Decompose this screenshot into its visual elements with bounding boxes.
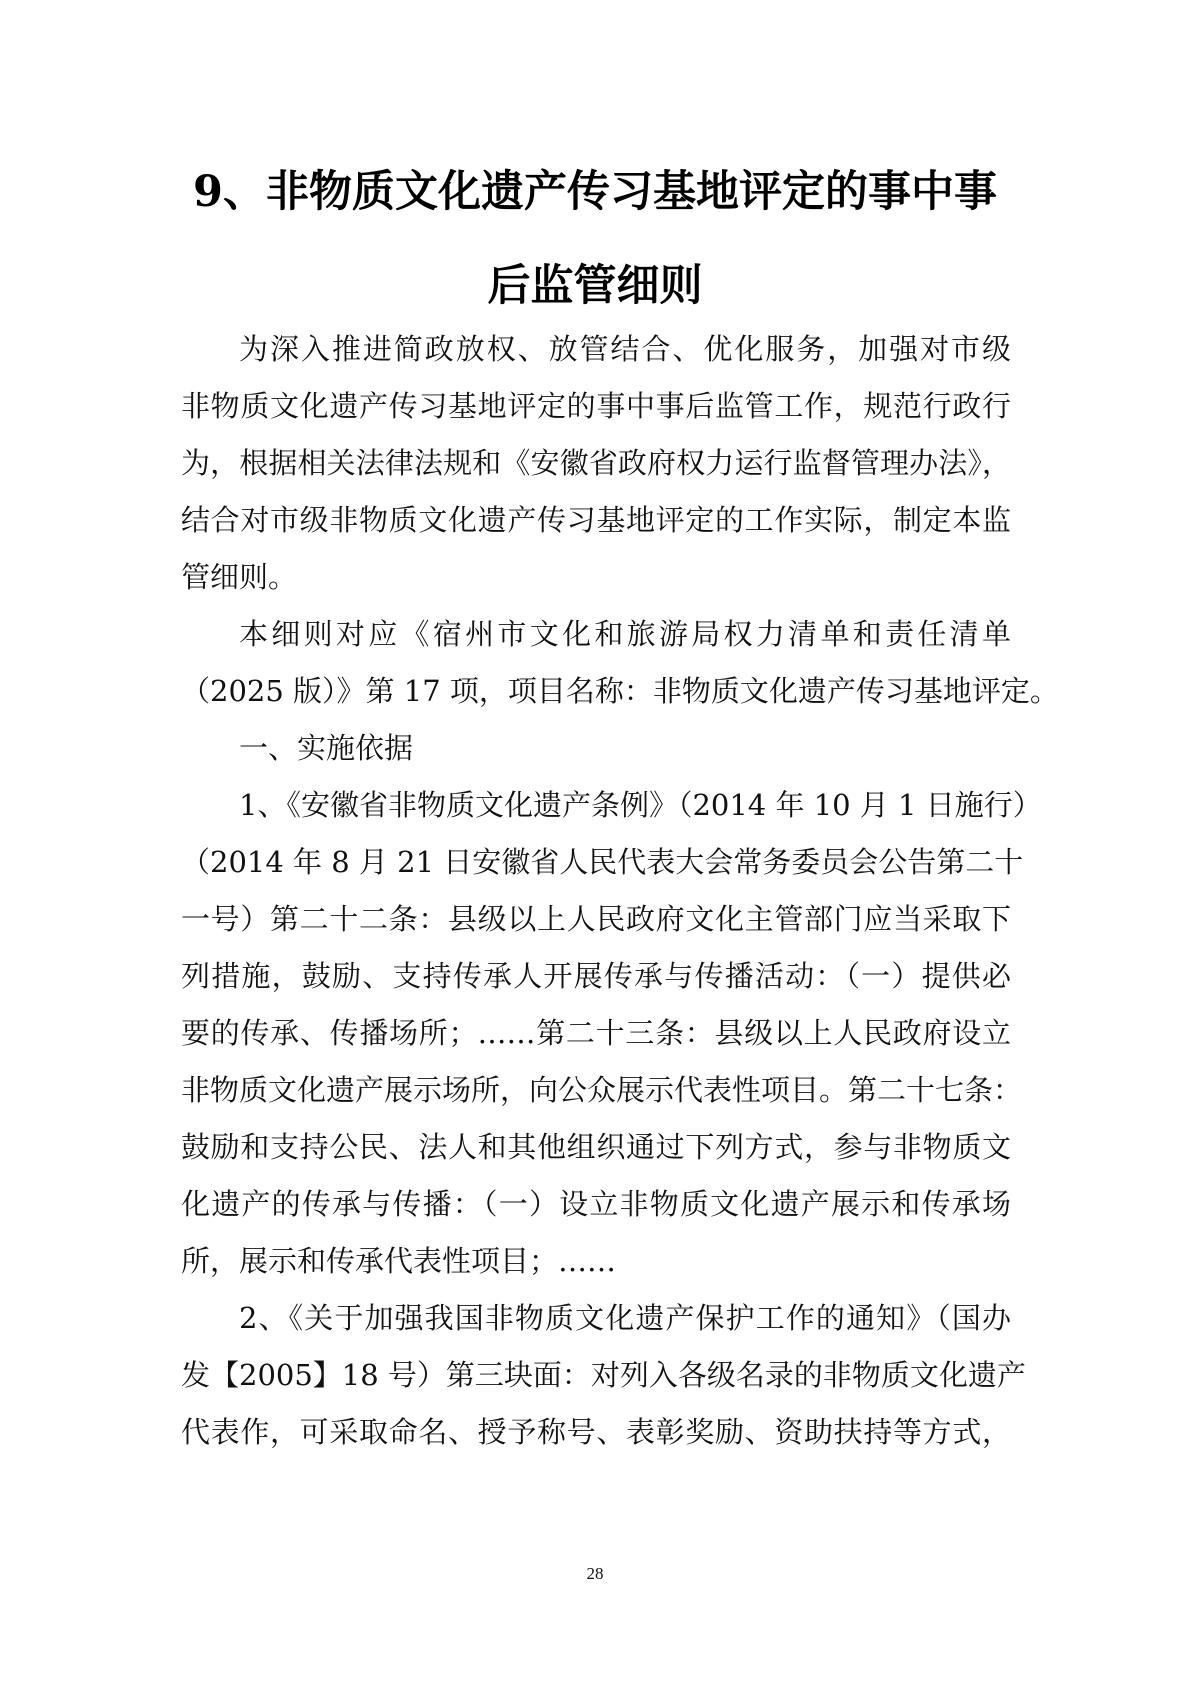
basis-item-1-line: （2014 年 8 月 21 日安徽省人民代表大会常务委员会公告第二十 bbox=[181, 842, 1011, 882]
basis-item-1-line: 列措施，鼓励、支持传承人开展传承与传播活动：（一）提供必 bbox=[181, 956, 1011, 996]
basis-item-2-line: 发【2005】18 号）第三块面：对列入各级名录的非物质文化遗产 bbox=[181, 1355, 1011, 1395]
basis-item-1-line: 要的传承、传播场所；……第二十三条：县级以上人民政府设立 bbox=[181, 1013, 1011, 1053]
paragraph-correspondence-line: 本细则对应《宿州市文化和旅游局权力清单和责任清单 bbox=[239, 614, 1011, 654]
basis-item-1-line: 鼓励和支持公民、法人和其他组织通过下列方式，参与非物质文 bbox=[181, 1127, 1011, 1167]
page-number: 28 bbox=[0, 1564, 1190, 1584]
basis-item-1-line: 非物质文化遗产展示场所，向公众展示代表性项目。第二十七条： bbox=[181, 1070, 1011, 1110]
paragraph-intro-line: 管细则。 bbox=[181, 557, 1011, 597]
paragraph-correspondence-line: （2025 版）》第 17 项，项目名称：非物质文化遗产传习基地评定。 bbox=[181, 671, 1011, 711]
section-heading-basis: 一、实施依据 bbox=[239, 728, 1011, 768]
document-page: 9、非物质文化遗产传习基地评定的事中事 后监管细则 为深入推进简政放权、放管结合… bbox=[0, 0, 1190, 1683]
basis-item-1-line: 所，展示和传承代表性项目；…… bbox=[181, 1241, 1011, 1281]
document-title-line-2: 后监管细则 bbox=[0, 252, 1190, 313]
document-title-line-1: 9、非物质文化遗产传习基地评定的事中事 bbox=[0, 158, 1190, 219]
paragraph-intro-line: 非物质文化遗产传习基地评定的事中事后监管工作，规范行政行 bbox=[181, 386, 1011, 426]
basis-item-1-line: 化遗产的传承与传播：（一）设立非物质文化遗产展示和传承场 bbox=[181, 1184, 1011, 1224]
paragraph-intro-line: 结合对市级非物质文化遗产传习基地评定的工作实际，制定本监 bbox=[181, 500, 1011, 540]
basis-item-1-line: 1、《安徽省非物质文化遗产条例》（2014 年 10 月 1 日施行） bbox=[239, 785, 1011, 825]
paragraph-intro-line: 为深入推进简政放权、放管结合、优化服务，加强对市级 bbox=[239, 329, 1011, 369]
basis-item-2-line: 2、《关于加强我国非物质文化遗产保护工作的通知》（国办 bbox=[239, 1298, 1011, 1338]
basis-item-2-line: 代表作，可采取命名、授予称号、表彰奖励、资助扶持等方式， bbox=[181, 1412, 1011, 1452]
paragraph-intro-line: 为，根据相关法律法规和《安徽省政府权力运行监督管理办法》， bbox=[181, 443, 1011, 483]
basis-item-1-line: 一号）第二十二条：县级以上人民政府文化主管部门应当采取下 bbox=[181, 899, 1011, 939]
